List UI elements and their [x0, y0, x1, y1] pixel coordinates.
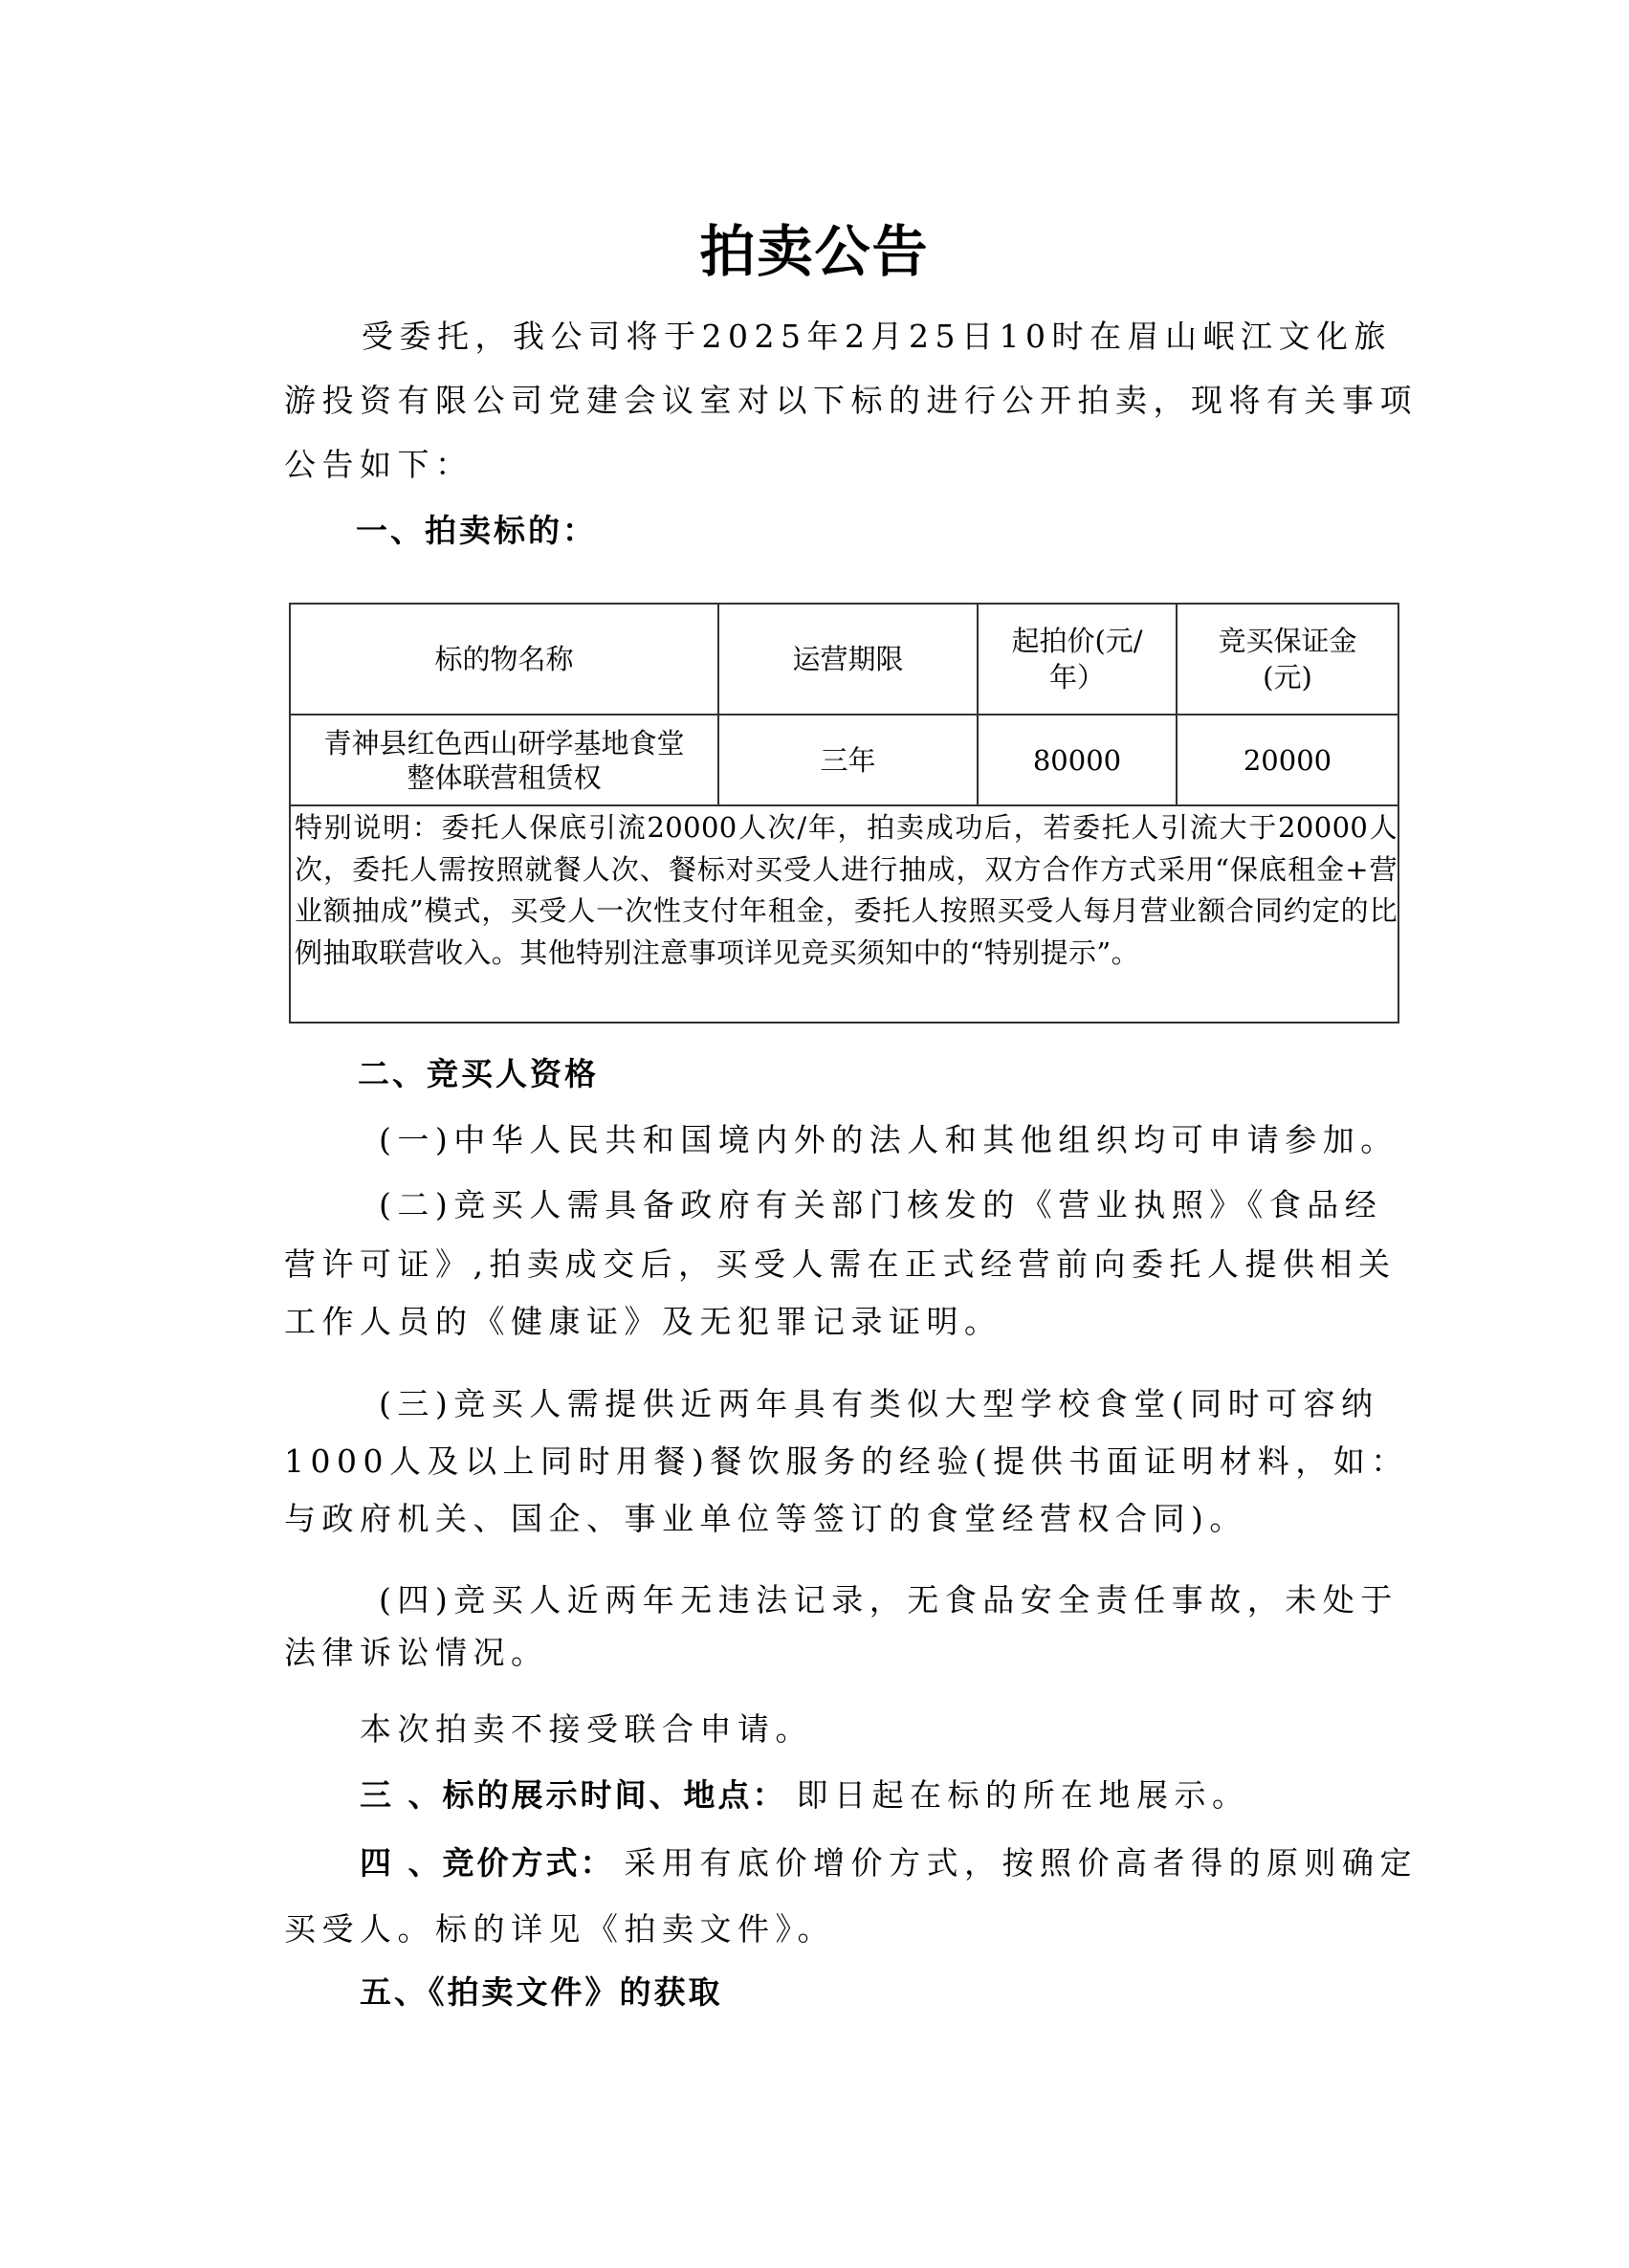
qualification-3-line-1: (三)竞买人需提供近两年具有类似大型学校食堂(同时可容纳: [379, 1385, 1379, 1423]
section-4: 四 、竞价方式：采用有底价增价方式，按照价高者得的原则确定: [360, 1844, 1418, 1883]
qualification-2-line-1: (二)竞买人需具备政府有关部门核发的《营业执照》《食品经: [379, 1186, 1382, 1224]
header-deposit-line-2: (元): [1263, 659, 1312, 695]
auction-items-table: 标的物名称 运营期限 起拍价(元/ 年） 竞买保证金 (元) 青神县红色西山研学…: [289, 603, 1399, 1024]
no-joint-application: 本次拍卖不接受联合申请。: [360, 1710, 813, 1749]
section-2-heading: 二、竞买人资格: [358, 1055, 599, 1093]
page-title: 拍卖公告: [0, 218, 1629, 285]
qualification-4-line-2: 法律诉讼情况。: [284, 1634, 549, 1672]
header-deposit-line-1: 竞买保证金: [1218, 623, 1356, 659]
header-item-name-label: 标的物名称: [434, 641, 573, 677]
table-row-deposit: 20000: [1178, 716, 1398, 804]
section-3-text: 即日起在标的所在地展示。: [797, 1776, 1250, 1814]
qualification-2-line-2: 营许可证》,拍卖成交后，买受人需在正式经营前向委托人提供相关: [284, 1245, 1397, 1284]
intro-line-1: 受委托，我公司将于2025年2月25日10时在眉山岷江文化旅: [362, 318, 1392, 356]
header-starting-price: 起拍价(元/ 年）: [979, 605, 1176, 714]
section-4-text-line-2: 买受人。标的详见《拍卖文件》。: [284, 1910, 835, 1949]
section-4-heading: 四 、竞价方式：: [360, 1844, 615, 1882]
qualification-1-line-1: (一)中华人民共和国境内外的法人和其他组织均可申请参加。: [379, 1121, 1398, 1159]
intro-line-3: 公告如下：: [284, 446, 473, 484]
row-divider: [291, 804, 1398, 806]
table-row-term: 三年: [719, 716, 977, 804]
section-4-text: 采用有底价增价方式，按照价高者得的原则确定: [625, 1844, 1419, 1882]
table-row-starting-price: 80000: [979, 716, 1176, 804]
header-item-name: 标的物名称: [291, 605, 717, 714]
qualification-4-line-1: (四)竞买人近两年无违法记录，无食品安全责任事故，未处于: [379, 1581, 1398, 1619]
intro-line-2: 游投资有限公司党建会议室对以下标的进行公开拍卖，现将有关事项: [284, 382, 1418, 420]
section-3: 三 、标的展示时间、地点：即日起在标的所在地展示。: [360, 1776, 1250, 1815]
header-deposit: 竞买保证金 (元): [1178, 605, 1398, 714]
header-starting-price-line-1: 起拍价(元/: [1011, 623, 1142, 659]
item-name-line-2: 整体联营租赁权: [407, 760, 601, 795]
header-operating-term: 运营期限: [719, 605, 977, 714]
section-3-heading: 三 、标的展示时间、地点：: [360, 1776, 787, 1814]
qualification-3-line-2: 1000人及以上同时用餐)餐饮服务的经验(提供书面证明材料，如：: [284, 1442, 1409, 1481]
table-row-item-name: 青神县红色西山研学基地食堂 整体联营租赁权: [291, 716, 717, 804]
qualification-3-line-3: 与政府机关、国企、事业单位等签订的食堂经营权合同)。: [284, 1500, 1247, 1538]
qualification-2-line-3: 工作人员的《健康证》及无犯罪记录证明。: [284, 1303, 1002, 1341]
header-operating-term-label: 运营期限: [792, 641, 903, 677]
special-note: 特别说明：委托人保底引流20000人次/年，拍卖成功后，若委托人引流大于2000…: [295, 807, 1398, 974]
header-starting-price-line-2: 年）: [1049, 659, 1105, 695]
section-1-heading: 一、拍卖标的：: [356, 512, 597, 550]
section-5-heading: 五、《拍卖文件》的获取: [360, 1973, 723, 2012]
item-name-line-1: 青神县红色西山研学基地食堂: [323, 726, 684, 760]
